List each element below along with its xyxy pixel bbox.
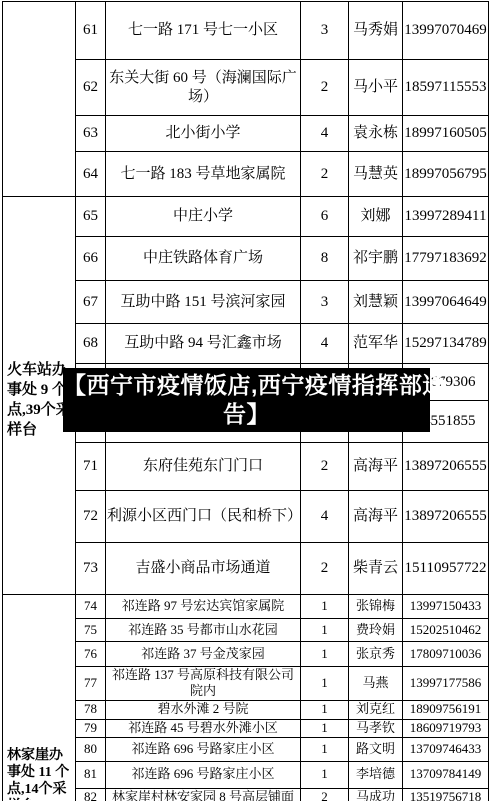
watermark-line2: 告】 — [63, 400, 430, 429]
address-cell: 中庄铁路体育广场 — [106, 237, 301, 281]
watermark-line1: 【西宁市疫情饭店,西宁疫情指挥部通 — [63, 371, 430, 400]
contact-name-cell: 费玲娟 — [349, 619, 403, 642]
count-cell: 1 — [301, 667, 349, 701]
count-cell: 2 — [301, 543, 349, 595]
count-cell: 1 — [301, 761, 349, 788]
row-number-cell: 74 — [76, 595, 106, 619]
table-row: 65中庄小学6刘娜13997289411 — [3, 197, 489, 237]
phone-cell: 17809710036 — [403, 642, 489, 667]
phone-cell: 13897206555 — [403, 443, 489, 491]
contact-name-cell: 张锦梅 — [349, 595, 403, 619]
row-number-cell: 61 — [76, 2, 106, 60]
contact-name-cell: 范军华 — [349, 324, 403, 364]
phone-cell: 18597115553 — [403, 60, 489, 116]
phone-cell: 13709746433 — [403, 737, 489, 761]
row-number-cell: 66 — [76, 237, 106, 281]
watermark-overlay: 【西宁市疫情饭店,西宁疫情指挥部通 告】 — [63, 368, 430, 432]
row-number-cell: 77 — [76, 667, 106, 701]
row-number-cell: 68 — [76, 324, 106, 364]
address-cell: 祁连路 35 号都市山水花园 — [106, 619, 301, 642]
phone-cell: 18997056795 — [403, 152, 489, 197]
count-cell: 1 — [301, 619, 349, 642]
contact-name-cell: 柴青云 — [349, 543, 403, 595]
address-cell: 利源小区西门口（民和桥下） — [106, 491, 301, 543]
row-number-cell: 62 — [76, 60, 106, 116]
section-label-linjiaya-office: 林家崖办事处 11 个点,14个采样台 — [7, 747, 75, 800]
row-number-cell: 78 — [76, 700, 106, 719]
count-cell: 2 — [301, 152, 349, 197]
count-cell: 1 — [301, 595, 349, 619]
contact-name-cell: 张京秀 — [349, 642, 403, 667]
address-cell: 互助中路 151 号滨河家园 — [106, 281, 301, 324]
phone-cell: 13997289411 — [403, 197, 489, 237]
phone-cell: 13519756718 — [403, 788, 489, 801]
phone-cell: 15297134789 — [403, 324, 489, 364]
phone-cell: 18997160505 — [403, 116, 489, 152]
address-cell: 祁连路 696 号路家庄小区 — [106, 761, 301, 788]
row-number-cell: 73 — [76, 543, 106, 595]
phone-cell: 18609719793 — [403, 719, 489, 737]
phone-cell: 13997150433 — [403, 595, 489, 619]
count-cell: 1 — [301, 737, 349, 761]
address-cell: 祁连路 137 号高原科技有限公司院内 — [106, 667, 301, 701]
address-cell: 祁连路 97 号宏达宾馆家属院 — [106, 595, 301, 619]
address-cell: 林家崖村林安家园 8 号高层铺面 — [106, 788, 301, 801]
address-cell: 北小街小学 — [106, 116, 301, 152]
row-number-cell: 82 — [76, 788, 106, 801]
count-cell: 2 — [301, 788, 349, 801]
count-cell: 4 — [301, 116, 349, 152]
phone-cell: 18909756191 — [403, 700, 489, 719]
count-cell: 4 — [301, 491, 349, 543]
row-number-cell: 72 — [76, 491, 106, 543]
address-cell: 祁连路 696 号路家庄小区 — [106, 737, 301, 761]
address-cell: 七一路 171 号七一小区 — [106, 2, 301, 60]
count-cell: 3 — [301, 2, 349, 60]
phone-cell: 17797183692 — [403, 237, 489, 281]
page: 61七一路 171 号七一小区3马秀娟1399707046962东关大街 60 … — [0, 0, 491, 801]
table-row: 61七一路 171 号七一小区3马秀娟13997070469 — [3, 2, 489, 60]
phone-cell: 13997070469 — [403, 2, 489, 60]
address-cell: 七一路 183 号草地家属院 — [106, 152, 301, 197]
row-number-cell: 64 — [76, 152, 106, 197]
contact-name-cell: 刘娜 — [349, 197, 403, 237]
row-number-cell: 63 — [76, 116, 106, 152]
address-cell: 碧水外滩 2 号院 — [106, 700, 301, 719]
row-number-cell: 75 — [76, 619, 106, 642]
phone-cell: 15202510462 — [403, 619, 489, 642]
office-section-cell — [3, 2, 76, 197]
row-number-cell: 81 — [76, 761, 106, 788]
count-cell: 1 — [301, 719, 349, 737]
contact-name-cell: 袁永栋 — [349, 116, 403, 152]
count-cell: 2 — [301, 60, 349, 116]
count-cell: 2 — [301, 443, 349, 491]
address-cell: 中庄小学 — [106, 197, 301, 237]
contact-name-cell: 祁宇鹏 — [349, 237, 403, 281]
contact-name-cell: 刘克红 — [349, 700, 403, 719]
contact-name-cell: 路文明 — [349, 737, 403, 761]
phone-cell: 13709784149 — [403, 761, 489, 788]
contact-name-cell: 马慧英 — [349, 152, 403, 197]
contact-name-cell: 马孝钦 — [349, 719, 403, 737]
count-cell: 4 — [301, 324, 349, 364]
count-cell: 8 — [301, 237, 349, 281]
contact-name-cell: 马小平 — [349, 60, 403, 116]
address-cell: 东关大街 60 号（海澜国际广场） — [106, 60, 301, 116]
count-cell: 1 — [301, 642, 349, 667]
phone-cell: 13997064649 — [403, 281, 489, 324]
row-number-cell: 71 — [76, 443, 106, 491]
contact-name-cell: 李培德 — [349, 761, 403, 788]
count-cell: 1 — [301, 700, 349, 719]
row-number-cell: 67 — [76, 281, 106, 324]
contact-name-cell: 马秀娟 — [349, 2, 403, 60]
row-number-cell: 76 — [76, 642, 106, 667]
contact-name-cell: 高海平 — [349, 443, 403, 491]
row-number-cell: 79 — [76, 719, 106, 737]
address-cell: 东府佳苑东门门口 — [106, 443, 301, 491]
address-cell: 吉盛小商品市场通道 — [106, 543, 301, 595]
count-cell: 3 — [301, 281, 349, 324]
contact-name-cell: 刘慧颖 — [349, 281, 403, 324]
phone-cell: 13897206555 — [403, 491, 489, 543]
phone-cell: 13997177586 — [403, 667, 489, 701]
contact-name-cell: 高海平 — [349, 491, 403, 543]
contact-name-cell: 马成功 — [349, 788, 403, 801]
address-cell: 祁连路 37 号金茂家园 — [106, 642, 301, 667]
row-number-cell: 80 — [76, 737, 106, 761]
address-cell: 祁连路 45 号碧水外滩小区 — [106, 719, 301, 737]
address-cell: 互助中路 94 号汇鑫市场 — [106, 324, 301, 364]
table-row: 74祁连路 97 号宏达宾馆家属院1张锦梅13997150433 — [3, 595, 489, 619]
phone-cell: 15110957722 — [403, 543, 489, 595]
contact-name-cell: 马燕 — [349, 667, 403, 701]
count-cell: 6 — [301, 197, 349, 237]
row-number-cell: 65 — [76, 197, 106, 237]
